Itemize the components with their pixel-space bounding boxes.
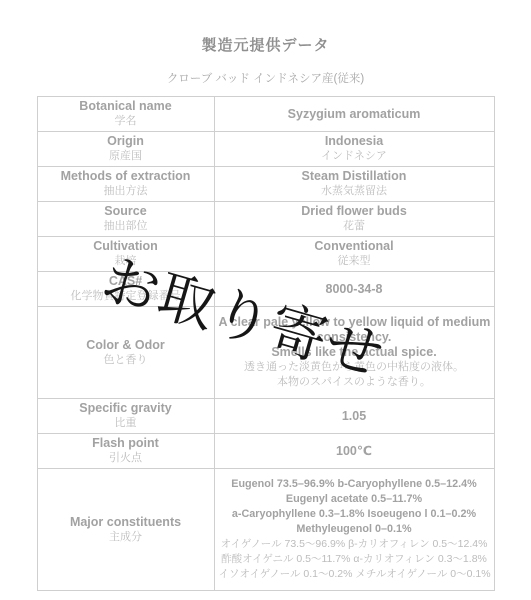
table-row: CAS#化学物質特定登録番号8000-34-8 xyxy=(37,272,494,307)
spec-value-line-ja: 従来型 xyxy=(219,254,490,269)
spec-value-line-en: Steam Distillation xyxy=(219,169,490,184)
spec-label-en: Specific gravity xyxy=(42,401,210,416)
table-row: Source抽出部位Dried flower buds花蕾 xyxy=(37,202,494,237)
spec-label-cell: Origin原産国 xyxy=(37,132,214,167)
product-subtitle: クローブ バッド インドネシア産(従来) xyxy=(0,70,531,86)
spec-value-line-en: Conventional xyxy=(219,239,490,254)
spec-label-en: Major constituents xyxy=(42,515,210,530)
spec-label-cell: Botanical name学名 xyxy=(37,97,214,132)
spec-value-line-ja: 酢酸オイゲニル 0.5～11.7% α-カリオフィレン 0.3～1.8% xyxy=(219,552,490,567)
spec-label-ja: 抽出部位 xyxy=(42,219,210,234)
table-row: Cultivation栽培Conventional従来型 xyxy=(37,237,494,272)
spec-label-cell: Methods of extraction抽出方法 xyxy=(37,167,214,202)
spec-value-cell: Indonesiaインドネシア xyxy=(214,132,494,167)
spec-value-line-en: Eugenol 73.5–96.9% b-Caryophyllene 0.5–1… xyxy=(219,477,490,492)
spec-label-ja: 化学物質特定登録番号 xyxy=(42,289,210,304)
spec-label-ja: 原産国 xyxy=(42,149,210,164)
spec-value-line-ja: 水蒸気蒸留法 xyxy=(219,184,490,199)
spec-value-cell: A clear pale yellow to yellow liquid of … xyxy=(214,307,494,399)
spec-label-cell: Flash point引火点 xyxy=(37,434,214,469)
spec-label-ja: 主成分 xyxy=(42,530,210,545)
spec-label-en: Flash point xyxy=(42,436,210,451)
spec-table-body: Botanical name学名Syzygium aromaticumOrigi… xyxy=(37,97,494,591)
spec-value-line-ja: 透き通った淡黄色から黄色の中粘度の液体。 xyxy=(219,360,490,375)
table-row: Major constituents主成分Eugenol 73.5–96.9% … xyxy=(37,469,494,591)
spec-value-line-ja: インドネシア xyxy=(219,149,490,164)
spec-value-line-en: Dried flower buds xyxy=(219,204,490,219)
spec-value-cell: 8000-34-8 xyxy=(214,272,494,307)
spec-label-cell: CAS#化学物質特定登録番号 xyxy=(37,272,214,307)
spec-label-ja: 比重 xyxy=(42,416,210,431)
table-row: Color & Odor色と香りA clear pale yellow to y… xyxy=(37,307,494,399)
spec-label-en: Methods of extraction xyxy=(42,169,210,184)
spec-label-ja: 学名 xyxy=(42,114,210,129)
table-row: Botanical name学名Syzygium aromaticum xyxy=(37,97,494,132)
spec-value-line-en: Indonesia xyxy=(219,134,490,149)
spec-value-line-en: 100℃ xyxy=(219,444,490,459)
spec-value-cell: 100℃ xyxy=(214,434,494,469)
table-row: Specific gravity比重1.05 xyxy=(37,399,494,434)
spec-value-line-en: a-Caryophyllene 0.3–1.8% Isoeugeno l 0.1… xyxy=(219,507,490,522)
spec-label-en: CAS# xyxy=(42,274,210,289)
spec-value-cell: Dried flower buds花蕾 xyxy=(214,202,494,237)
spec-value-line-en: Syzygium aromaticum xyxy=(219,107,490,122)
spec-label-cell: Cultivation栽培 xyxy=(37,237,214,272)
table-row: Flash point引火点100℃ xyxy=(37,434,494,469)
spec-value-line-en: 8000-34-8 xyxy=(219,282,490,297)
spec-value-line-ja: オイゲノール 73.5～96.9% β-カリオフィレン 0.5～12.4% xyxy=(219,537,490,552)
spec-label-en: Botanical name xyxy=(42,99,210,114)
spec-value-line-en: Smells like the actual spice. xyxy=(219,345,490,360)
spec-value-cell: Conventional従来型 xyxy=(214,237,494,272)
spec-label-ja: 色と香り xyxy=(42,353,210,368)
spec-value-cell: 1.05 xyxy=(214,399,494,434)
spec-value-line-ja: イソオイゲノール 0.1～0.2% メチルオイゲノール 0～0.1% xyxy=(219,567,490,582)
page-title: 製造元提供データ xyxy=(0,0,531,55)
spec-value-cell: Syzygium aromaticum xyxy=(214,97,494,132)
spec-label-cell: Major constituents主成分 xyxy=(37,469,214,591)
spec-value-line-en: Eugenyl acetate 0.5–11.7% xyxy=(219,492,490,507)
spec-label-ja: 抽出方法 xyxy=(42,184,210,199)
spec-value-cell: Eugenol 73.5–96.9% b-Caryophyllene 0.5–1… xyxy=(214,469,494,591)
spec-value-line-ja: 花蕾 xyxy=(219,219,490,234)
spec-label-en: Color & Odor xyxy=(42,338,210,353)
spec-label-ja: 栽培 xyxy=(42,254,210,269)
spec-label-ja: 引火点 xyxy=(42,451,210,466)
spec-value-line-ja: 本物のスパイスのような香り。 xyxy=(219,375,490,390)
spec-label-en: Cultivation xyxy=(42,239,210,254)
table-row: Origin原産国Indonesiaインドネシア xyxy=(37,132,494,167)
spec-label-en: Origin xyxy=(42,134,210,149)
spec-table: Botanical name学名Syzygium aromaticumOrigi… xyxy=(37,96,495,591)
table-row: Methods of extraction抽出方法Steam Distillat… xyxy=(37,167,494,202)
spec-value-line-en: consistency. xyxy=(219,330,490,345)
spec-value-line-en: A clear pale yellow to yellow liquid of … xyxy=(219,315,490,330)
spec-label-en: Source xyxy=(42,204,210,219)
spec-label-cell: Color & Odor色と香り xyxy=(37,307,214,399)
spec-label-cell: Source抽出部位 xyxy=(37,202,214,237)
document-page: 製造元提供データ クローブ バッド インドネシア産(従来) Botanical … xyxy=(0,0,531,600)
spec-value-cell: Steam Distillation水蒸気蒸留法 xyxy=(214,167,494,202)
spec-label-cell: Specific gravity比重 xyxy=(37,399,214,434)
spec-value-line-en: 1.05 xyxy=(219,409,490,424)
spec-value-line-en: Methyleugenol 0–0.1% xyxy=(219,522,490,537)
